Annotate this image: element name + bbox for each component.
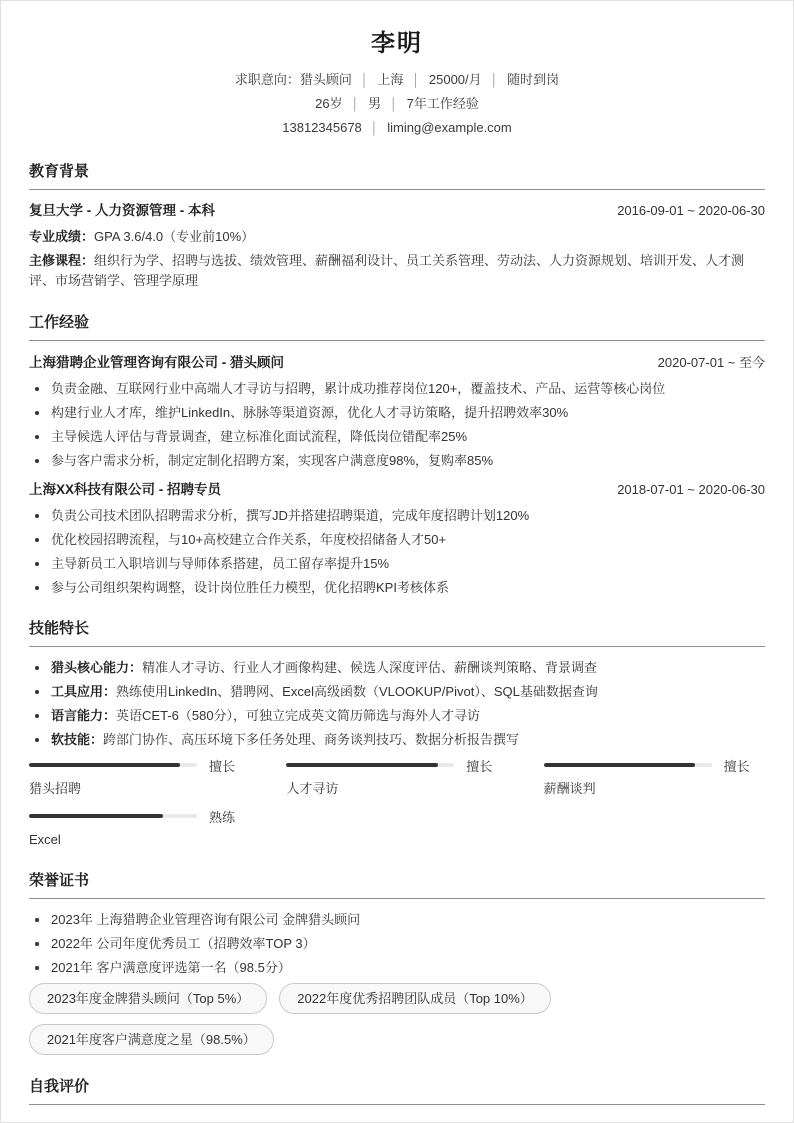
job-bullet-text: 优化校园招聘流程，与10+高校建立合作关系，年度校招储备人才50+ [51,532,446,547]
honors-bullet-list: 2023年 上海猎聘企业管理咨询有限公司 金牌猎头顾问 2022年 公司年度优秀… [29,910,765,977]
job-bullet-text: 负责公司技术团队招聘需求分析，撰写JD并搭建招聘渠道，完成年度招聘计划120% [51,508,529,523]
intent-label: 求职意向： [235,72,300,87]
section-title-work: 工作经验 [29,313,765,341]
bullet-dot [35,435,39,439]
skill-bar-track [29,814,197,818]
bullet-dot [35,387,39,391]
job-dates: 2018-07-01 ~ 2020-06-30 [617,482,765,497]
skill-level-label: 擅长 [466,756,492,775]
candidate-name: 李明 [29,29,765,59]
section-education: 教育背景 复旦大学 - 人力资源管理 - 本科 2016-09-01 ~ 202… [29,162,765,291]
resume-header: 李明 求职意向：猎头顾问│上海│25000/月│随时到岗 26岁│男│7年工作经… [29,1,765,140]
skill-text: 跨部门协作、高压环境下多任务处理、商务谈判技巧、数据分析报告撰写 [103,732,519,747]
skill-bar-item: 熟练 Excel [29,808,250,849]
skill-bar-name: 人才寻访 [286,779,507,798]
skill-bar-row: 熟练 [29,808,250,824]
bullet-dot [35,966,39,970]
gpa-value: GPA 3.6/4.0（专业前10%） [94,229,254,244]
skill-bar-row: 擅长 [29,757,250,773]
skill-level-label: 熟练 [209,807,235,826]
school-degree: 复旦大学 - 人力资源管理 - 本科 [29,201,215,220]
skill-bullet: 软技能：跨部门协作、高压环境下多任务处理、商务谈判技巧、数据分析报告撰写 [29,730,765,749]
honor-bullet-text: 2023年 上海猎聘企业管理咨询有限公司 金牌猎头顾问 [51,912,360,927]
bullet-dot [35,918,39,922]
job-bullet-text: 主导候选人评估与背景调查，建立标准化面试流程，降低岗位错配率25% [51,429,467,444]
honor-badge: 2022年度优秀招聘团队成员（Top 10%） [279,983,551,1014]
education-entry-header: 复旦大学 - 人力资源管理 - 本科 2016-09-01 ~ 2020-06-… [29,201,765,220]
skill-bar-item: 擅长 薪酬谈判 [544,757,765,798]
job-bullet: 负责公司技术团队招聘需求分析，撰写JD并搭建招聘渠道，完成年度招聘计划120% [29,506,765,525]
skill-text: 熟练使用LinkedIn、猎聘网、Excel高级函数（VLOOKUP/Pivot… [116,684,598,699]
job-bullet-text: 参与公司组织架构调整，设计岗位胜任力模型，优化招聘KPI考核体系 [51,580,449,595]
education-dates: 2016-09-01 ~ 2020-06-30 [617,203,765,218]
gpa-line: 专业成绩：GPA 3.6/4.0（专业前10%） [29,227,765,247]
intent-city: 上海 [377,72,403,87]
skill-bar-name: 薪酬谈判 [544,779,765,798]
skill-bar-track [29,763,197,767]
skill-bar-name: Excel [29,830,250,849]
job-bullet-text: 参与客户需求分析，制定定制化招聘方案，实现客户满意度98%，复购率85% [51,453,493,468]
skill-bar-row: 擅长 [544,757,765,773]
gender: 男 [368,96,381,111]
skill-label: 工具应用： [51,684,116,699]
skill-bar-fill [286,763,437,767]
skill-bullet: 语言能力：英语CET-6（580分），可独立完成英文简历筛选与海外人才寻访 [29,706,765,725]
job-bullet-list: 负责金融、互联网行业中高端人才寻访与招聘，累计成功推荐岗位120+，覆盖技术、产… [29,379,765,470]
job-bullet: 优化校园招聘流程，与10+高校建立合作关系，年度校招储备人才50+ [29,530,765,549]
bullet-dot [35,459,39,463]
job-intent-line: 求职意向：猎头顾问│上海│25000/月│随时到岗 [29,68,765,92]
section-honors: 荣誉证书 2023年 上海猎聘企业管理咨询有限公司 金牌猎头顾问 2022年 公… [29,871,765,1055]
job-bullet: 构建行业人才库，维护LinkedIn、脉脉等渠道资源，优化人才寻访策略，提升招聘… [29,403,765,422]
separator: │ [361,73,369,87]
job-bullet-text: 主导新员工入职培训与导师体系搭建，员工留存率提升15% [51,556,389,571]
separator: │ [390,97,398,111]
skill-label: 软技能： [51,732,103,747]
job-entry: 上海XX科技有限公司 - 招聘专员 2018-07-01 ~ 2020-06-3… [29,480,765,597]
section-title-education: 教育背景 [29,162,765,190]
bullet-dot [35,690,39,694]
bullet-dot [35,942,39,946]
separator: │ [412,73,420,87]
skill-bullet: 猎头核心能力：精准人才寻访、行业人才画像构建、候选人深度评估、薪酬谈判策略、背景… [29,658,765,677]
skill-bar-row: 擅长 [286,757,507,773]
job-bullet: 参与公司组织架构调整，设计岗位胜任力模型，优化招聘KPI考核体系 [29,578,765,597]
courses-line: 主修课程：组织行为学、招聘与选拔、绩效管理、薪酬福利设计、员工关系管理、劳动法、… [29,251,765,291]
skill-bar-item: 擅长 人才寻访 [286,757,507,798]
job-entry-header: 上海猎聘企业管理咨询有限公司 - 猎头顾问 2020-07-01 ~ 至今 [29,352,765,372]
bullet-dot [35,538,39,542]
section-self-evaluation: 自我评价 [29,1077,765,1105]
intent-availability: 随时到岗 [507,72,559,87]
job-bullet-list: 负责公司技术团队招聘需求分析，撰写JD并搭建招聘渠道，完成年度招聘计划120% … [29,506,765,597]
job-bullet: 主导候选人评估与背景调查，建立标准化面试流程，降低岗位错配率25% [29,427,765,446]
job-bullet: 负责金融、互联网行业中高端人才寻访与招聘，累计成功推荐岗位120+，覆盖技术、产… [29,379,765,398]
bullet-dot [35,586,39,590]
section-title-honors: 荣誉证书 [29,871,765,899]
intent-position: 猎头顾问 [300,72,352,87]
section-skills: 技能特长 猎头核心能力：精准人才寻访、行业人才画像构建、候选人深度评估、薪酬谈判… [29,619,765,849]
skill-bullet: 工具应用：熟练使用LinkedIn、猎聘网、Excel高级函数（VLOOKUP/… [29,682,765,701]
section-title-skills: 技能特长 [29,619,765,647]
honor-bullet-text: 2022年 公司年度优秀员工（招聘效率TOP 3） [51,936,316,951]
personal-info-line: 26岁│男│7年工作经验 [29,92,765,116]
contact-info-line: 13812345678│liming@example.com [29,116,765,140]
skill-text: 英语CET-6（580分），可独立完成英文简历筛选与海外人才寻访 [116,708,480,723]
job-bullet: 参与客户需求分析，制定定制化招聘方案，实现客户满意度98%，复购率85% [29,451,765,470]
courses-value: 组织行为学、招聘与选拔、绩效管理、薪酬福利设计、员工关系管理、劳动法、人力资源规… [29,253,744,288]
honor-bullet: 2023年 上海猎聘企业管理咨询有限公司 金牌猎头顾问 [29,910,765,929]
experience-years: 7年工作经验 [407,96,479,111]
job-entry: 上海猎聘企业管理咨询有限公司 - 猎头顾问 2020-07-01 ~ 至今 负责… [29,352,765,470]
skill-bar-fill [29,763,180,767]
age: 26岁 [315,96,342,111]
job-bullet: 主导新员工入职培训与导师体系搭建，员工留存率提升15% [29,554,765,573]
company-role: 上海XX科技有限公司 - 招聘专员 [29,480,221,499]
skill-label: 语言能力： [51,708,116,723]
skill-label: 猎头核心能力： [51,660,142,675]
skill-bar-fill [544,763,695,767]
company-role: 上海猎聘企业管理咨询有限公司 - 猎头顾问 [29,353,284,372]
skill-text: 精准人才寻访、行业人才画像构建、候选人深度评估、薪酬谈判策略、背景调查 [142,660,597,675]
phone-number: 13812345678 [282,120,362,135]
courses-label: 主修课程： [29,253,94,268]
skills-bullet-list: 猎头核心能力：精准人才寻访、行业人才画像构建、候选人深度评估、薪酬谈判策略、背景… [29,658,765,749]
skill-bar-item: 擅长 猎头招聘 [29,757,250,798]
bullet-dot [35,714,39,718]
skill-bar-track [286,763,454,767]
skill-level-label: 擅长 [209,756,235,775]
separator: │ [352,97,360,111]
bullet-dot [35,562,39,566]
email-address: liming@example.com [387,120,511,135]
bullet-dot [35,514,39,518]
skill-bar-fill [29,814,163,818]
honor-badge: 2021年度客户满意度之星（98.5%） [29,1024,274,1055]
bullet-dot [35,666,39,670]
job-bullet-text: 负责金融、互联网行业中高端人才寻访与招聘，累计成功推荐岗位120+，覆盖技术、产… [51,381,665,396]
resume-page: 李明 求职意向：猎头顾问│上海│25000/月│随时到岗 26岁│男│7年工作经… [0,0,794,1123]
bullet-dot [35,738,39,742]
separator: │ [371,121,379,135]
honor-badge: 2023年度金牌猎头顾问（Top 5%） [29,983,267,1014]
honor-bullet-text: 2021年 客户满意度评选第一名（98.5分） [51,960,291,975]
honor-bullet: 2021年 客户满意度评选第一名（98.5分） [29,958,765,977]
honor-badges: 2023年度金牌猎头顾问（Top 5%） 2022年度优秀招聘团队成员（Top … [29,983,765,1055]
honor-bullet: 2022年 公司年度优秀员工（招聘效率TOP 3） [29,934,765,953]
section-work-experience: 工作经验 上海猎聘企业管理咨询有限公司 - 猎头顾问 2020-07-01 ~ … [29,313,765,597]
skill-level-label: 擅长 [724,756,750,775]
skill-bars-grid: 擅长 猎头招聘 擅长 人才寻访 擅长 薪酬谈判 [29,757,765,849]
separator: │ [491,73,499,87]
section-title-self-evaluation: 自我评价 [29,1077,765,1105]
skill-bar-track [544,763,712,767]
job-entry-header: 上海XX科技有限公司 - 招聘专员 2018-07-01 ~ 2020-06-3… [29,480,765,499]
intent-salary: 25000/月 [429,72,482,87]
bullet-dot [35,411,39,415]
job-bullet-text: 构建行业人才库，维护LinkedIn、脉脉等渠道资源，优化人才寻访策略，提升招聘… [51,405,568,420]
skill-bar-name: 猎头招聘 [29,779,250,798]
gpa-label: 专业成绩： [29,229,94,244]
job-dates: 2020-07-01 ~ 至今 [658,352,765,371]
